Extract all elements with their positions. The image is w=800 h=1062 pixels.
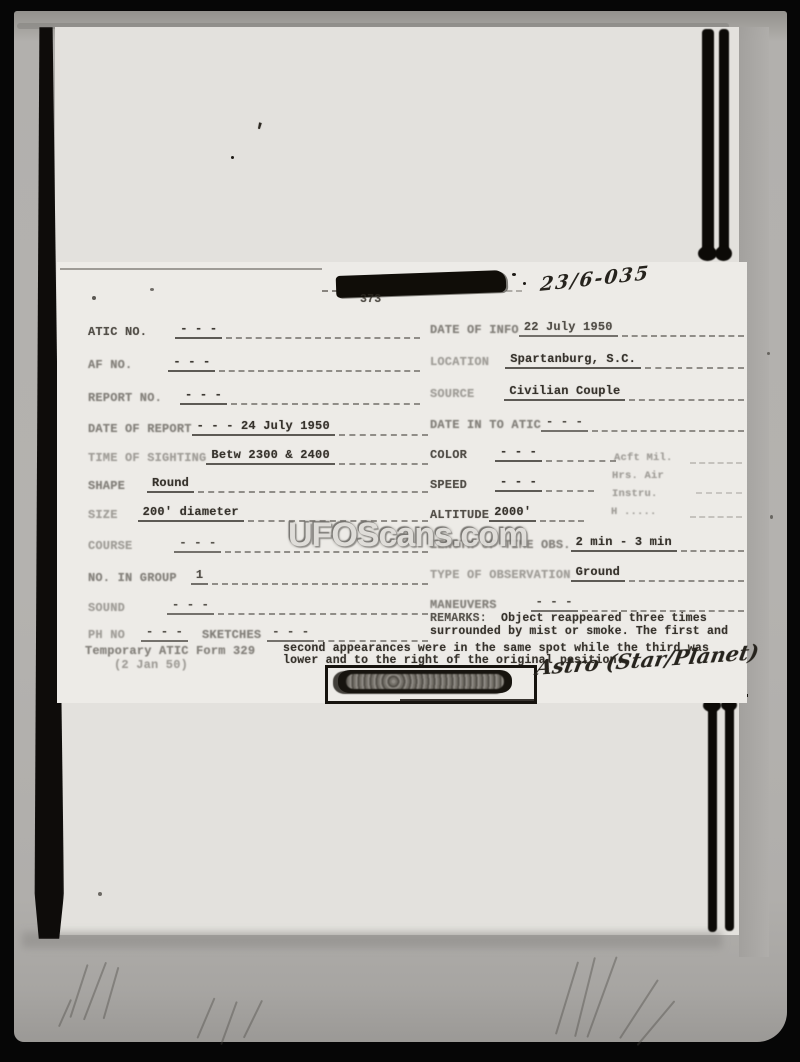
field-underline bbox=[339, 450, 428, 465]
field-row-report-no: REPORT NO. - - - bbox=[88, 388, 420, 405]
field-value: - - - bbox=[541, 415, 588, 432]
field-underline bbox=[582, 597, 744, 612]
field-underline bbox=[226, 324, 420, 339]
sheet-bottom-shadow bbox=[22, 932, 722, 948]
field-underline bbox=[546, 477, 594, 492]
field-value: - - - bbox=[141, 625, 188, 642]
field-value: 2 min - 3 min bbox=[571, 535, 677, 552]
field-row-sound: SOUND - - - bbox=[88, 598, 428, 615]
field-underline bbox=[645, 354, 744, 369]
field-underline bbox=[339, 421, 428, 436]
remarks-text: Object reappeared three times bbox=[501, 612, 707, 625]
field-row-maneuvers: MANEUVERS - - - bbox=[430, 595, 744, 612]
field-row-af-no: AF NO. - - - bbox=[88, 355, 420, 372]
field-row-time-of-sighting: TIME OF SIGHTING Betw 2300 & 2400 bbox=[88, 448, 428, 465]
field-underline bbox=[546, 447, 616, 462]
field-label: SIZE bbox=[88, 508, 118, 522]
field-label: ATIC NO. bbox=[88, 325, 147, 339]
field-row-color: COLOR - - - bbox=[430, 445, 744, 462]
field-label: TIME OF SIGHTING bbox=[88, 451, 206, 465]
field-underline bbox=[622, 322, 744, 337]
field-label: SOUND bbox=[88, 601, 125, 615]
field-row-date-of-info: DATE OF INFO 22 July 1950 bbox=[430, 320, 744, 337]
field-underline bbox=[318, 627, 428, 642]
field-underline bbox=[212, 570, 428, 585]
speck bbox=[98, 892, 102, 896]
speck bbox=[767, 352, 770, 355]
field-underline bbox=[540, 507, 584, 522]
field-label: TYPE OF OBSERVATION bbox=[430, 568, 571, 582]
field-label: COLOR bbox=[430, 448, 467, 462]
speck bbox=[231, 156, 234, 159]
redaction-stamp-blob bbox=[338, 670, 512, 693]
field-value: 200' diameter bbox=[138, 505, 244, 522]
remarks-line-2: surrounded by mist or smoke. The first a… bbox=[430, 625, 728, 638]
field-underline bbox=[218, 600, 428, 615]
field-label: PH NO bbox=[88, 628, 125, 642]
field-label: DATE IN TO ATIC bbox=[430, 418, 541, 432]
faded-dashes bbox=[696, 492, 742, 494]
faded-side-line: Hrs. Air bbox=[612, 470, 664, 483]
field-row-source: SOURCE Civilian Couple bbox=[430, 384, 744, 401]
field-label: COURSE bbox=[88, 539, 132, 553]
field-value: 22 July 1950 bbox=[519, 320, 618, 337]
film-bar-top-2 bbox=[719, 29, 729, 255]
field-underline bbox=[219, 357, 420, 372]
speck bbox=[150, 288, 154, 291]
form-id-line2: (2 Jan 50) bbox=[114, 659, 188, 672]
field-underline bbox=[198, 478, 428, 493]
field-label: SPEED bbox=[430, 478, 467, 492]
field-value: Civilian Couple bbox=[504, 384, 625, 401]
faded-dashes bbox=[690, 462, 742, 464]
field-label: AF NO. bbox=[88, 358, 132, 372]
film-bar-top-2-foot bbox=[715, 246, 732, 261]
field-value: - - - bbox=[531, 595, 578, 612]
field-value: - - - bbox=[495, 445, 542, 462]
field-value: Ground bbox=[571, 565, 625, 582]
field-row-location: LOCATION Spartanburg, S.C. bbox=[430, 352, 744, 369]
field-label: SHAPE bbox=[88, 479, 125, 493]
field-row-photos-sketches: PH NO - - - SKETCHES - - - bbox=[88, 625, 428, 642]
faded-dashes bbox=[690, 516, 742, 518]
stamp-underline bbox=[400, 699, 534, 702]
header-faint-line bbox=[60, 268, 322, 270]
field-label: DATE OF REPORT bbox=[88, 422, 192, 436]
sketches-label: SKETCHES bbox=[202, 628, 261, 642]
field-label: REPORT NO. bbox=[88, 391, 162, 405]
field-value: - - - bbox=[168, 355, 215, 372]
field-label: SOURCE bbox=[430, 387, 474, 401]
speck bbox=[770, 515, 773, 519]
field-value: Spartanburg, S.C. bbox=[505, 352, 641, 369]
film-bar-bottom-1 bbox=[708, 703, 717, 932]
field-underline bbox=[681, 537, 744, 552]
field-row-date-of-report: DATE OF REPORT - - - 24 July 1950 bbox=[88, 419, 428, 436]
field-value: - - - bbox=[175, 322, 222, 339]
field-value: Betw 2300 & 2400 bbox=[206, 448, 334, 465]
sketches-value: - - - bbox=[267, 625, 314, 642]
faded-side-line: Instru. bbox=[612, 488, 658, 501]
field-value: - - - bbox=[174, 536, 221, 553]
field-value: - - - 24 July 1950 bbox=[192, 419, 335, 436]
speck bbox=[92, 296, 96, 300]
film-bar-top-1 bbox=[702, 29, 714, 255]
field-underline bbox=[629, 386, 744, 401]
field-label: MANEUVERS bbox=[430, 598, 497, 612]
field-value: - - - bbox=[495, 475, 542, 492]
field-value: Round bbox=[147, 476, 194, 493]
field-label: DATE OF INFO bbox=[430, 323, 519, 337]
remarks-label: REMARKS: bbox=[430, 612, 487, 625]
film-bar-bottom-2 bbox=[725, 703, 734, 931]
field-row-speed: SPEED - - - bbox=[430, 475, 744, 492]
field-value: 1 bbox=[191, 568, 208, 585]
stamp-number: 373 bbox=[360, 293, 381, 306]
remarks-line-1: REMARKS: Object reappeared three times bbox=[430, 612, 707, 625]
field-row-no-in-group: NO. IN GROUP 1 bbox=[88, 568, 428, 585]
field-value: - - - bbox=[167, 598, 214, 615]
field-row-date-in-to-atic: DATE IN TO ATIC - - - bbox=[430, 415, 744, 432]
form-id-line1: Temporary ATIC Form 329 bbox=[85, 645, 255, 658]
faded-side-line: H ..... bbox=[611, 506, 657, 519]
ink-speck bbox=[523, 282, 526, 285]
field-underline bbox=[592, 417, 744, 432]
faded-side-line: Acft Mil. bbox=[614, 452, 673, 465]
field-row-shape: SHAPE Round bbox=[88, 476, 428, 493]
field-label: LOCATION bbox=[430, 355, 489, 369]
field-value: - - - bbox=[180, 388, 227, 405]
field-row-type-of-observation: TYPE OF OBSERVATION Ground bbox=[430, 565, 744, 582]
ufoscans-watermark: UFOScans.com bbox=[288, 517, 527, 553]
ink-speck bbox=[512, 273, 516, 276]
field-underline bbox=[231, 390, 420, 405]
field-underline bbox=[629, 567, 744, 582]
field-row-atic-no: ATIC NO. - - - bbox=[88, 322, 420, 339]
field-label: NO. IN GROUP bbox=[88, 571, 177, 585]
